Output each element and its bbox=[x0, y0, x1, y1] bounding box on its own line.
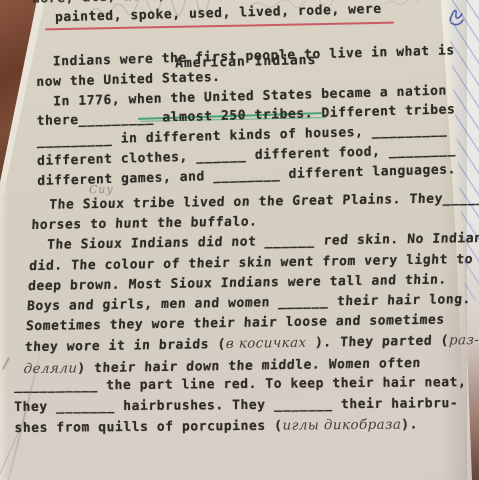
handwritten-translation-parted-2: деляли bbox=[23, 360, 78, 377]
typed-segment: ). bbox=[401, 418, 418, 433]
blue-pen-scribble-icon bbox=[447, 5, 469, 31]
typed-segment: shes from quills of porcupines ( bbox=[14, 419, 282, 436]
typed-segment: they wore it in braids ( bbox=[24, 337, 226, 355]
paragraph-intro: Indians were the first people to live in… bbox=[36, 41, 456, 191]
handwritten-translation-braids: в косичках bbox=[225, 335, 307, 352]
typed-segment: ). They parted ( bbox=[306, 334, 449, 351]
paragraph-sioux: The Sioux tribe lived on the Great Plain… bbox=[23, 189, 479, 381]
handwritten-translation-parted-1: раз- bbox=[448, 332, 479, 348]
typed-line-with-handwriting: shes from quills of porcupines (иглы дик… bbox=[14, 414, 467, 440]
left-paper-edge bbox=[0, 182, 8, 480]
handwritten-translation-porcupine: иглы дикобраза bbox=[282, 417, 401, 434]
photo-of-worksheet: wore, ate, wore, painted, spoke, used, l… bbox=[0, 0, 479, 480]
paragraph-hair: __________ the part line red. To keep th… bbox=[14, 373, 467, 440]
